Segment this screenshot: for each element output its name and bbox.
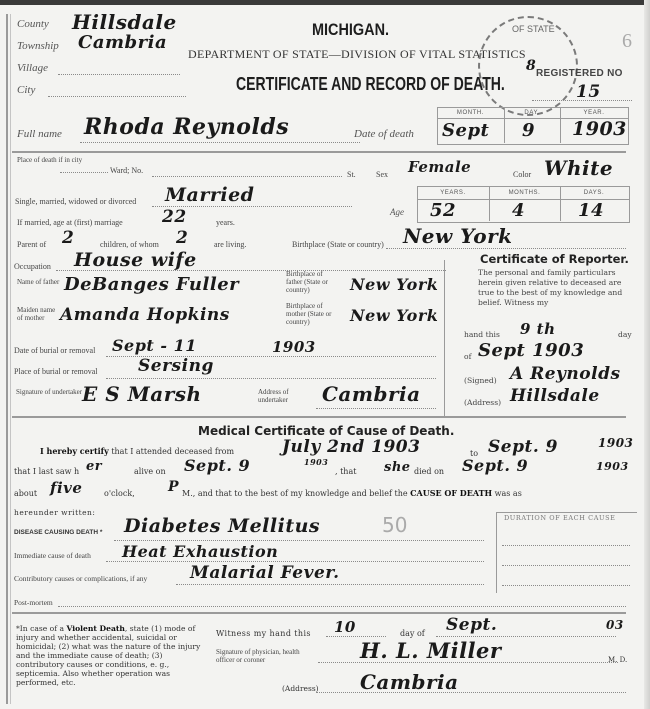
duration-header: DURATION OF EACH CAUSE <box>504 514 616 522</box>
witness-day-value: 10 <box>334 618 356 636</box>
witness-month-value: Sept. <box>446 615 497 635</box>
mother-label: Maiden name of mother <box>17 306 57 322</box>
day-of-label: day of <box>400 629 425 638</box>
township-value: Cambria <box>78 32 167 53</box>
death-month-value: Sept <box>442 120 489 141</box>
immediate-cause-value: Heat Exhaustion <box>122 542 278 561</box>
was-label: was as <box>495 489 522 498</box>
mother-value: Amanda Hopkins <box>60 305 230 325</box>
certify-bold: I hereby certify <box>40 446 109 456</box>
father-label: Name of father <box>17 278 59 286</box>
reporter-day-suffix: day <box>618 330 632 340</box>
undertaker-value: E S Marsh <box>82 382 202 406</box>
mother-birthplace-value: New York <box>350 306 438 325</box>
occupation-value: House wife <box>74 249 197 271</box>
reporter-signature-value: A Reynolds <box>510 364 621 384</box>
marital-label: Single, married, widowed or divorced <box>15 197 136 206</box>
stamp-number: 8 <box>526 58 536 74</box>
death-year-value: 1903 <box>572 118 627 140</box>
years-column-header: YEARS. <box>417 190 489 196</box>
undertaker-address-label: Address of undertaker <box>258 388 310 404</box>
stamp-text: OF STATE <box>512 24 555 34</box>
month-column-header: MONTH. <box>437 110 504 116</box>
left-border-rule <box>6 14 8 704</box>
burial-date-value: Sept - 11 <box>112 336 197 355</box>
section-divider <box>12 612 626 614</box>
father-birthplace-value: New York <box>350 275 438 294</box>
birthplace-label: Birthplace (State or country) <box>292 240 384 249</box>
reporter-hand-this-label: hand this <box>464 330 500 340</box>
marriage-age-suffix: years. <box>216 218 235 227</box>
county-value: Hillsdale <box>72 10 177 34</box>
village-label: Village <box>17 62 48 74</box>
certificate-title: CERTIFICATE AND RECORD OF DEATH. <box>236 74 505 95</box>
marriage-age-label: If married, age at (first) marriage <box>17 218 123 227</box>
street-label: St. <box>347 170 356 179</box>
birthplace-field <box>386 248 626 249</box>
undertaker-signature-label: Signature of undertaker <box>16 388 82 396</box>
city-field <box>48 96 186 97</box>
died-on-value: Sept. 9 <box>462 456 528 475</box>
occupation-label: Occupation <box>14 262 51 271</box>
registered-number: 15 <box>576 82 601 102</box>
burial-date-label: Date of burial or removal <box>14 346 95 355</box>
witness-day-field <box>326 636 386 637</box>
postmortem-field <box>58 606 626 607</box>
street-field <box>152 176 342 177</box>
state-title: MICHIGAN. <box>312 20 389 40</box>
children-living-label: children, of whom <box>100 240 159 249</box>
father-value: DeBanges Fuller <box>64 274 239 295</box>
birthplace-value: New York <box>403 224 512 248</box>
undertaker-address-field <box>316 408 436 409</box>
witness-label: Witness my hand this <box>216 629 311 638</box>
reporter-of-label: of <box>464 352 471 362</box>
date-of-death-label: Date of death <box>354 128 414 140</box>
alive-on-label: alive on <box>134 467 166 476</box>
violent-death-note: *In case of a Violent Death, state (1) m… <box>16 624 204 687</box>
alive-year-value: 1903 <box>304 457 328 467</box>
city-label: City <box>17 84 35 96</box>
about-label: about <box>14 489 37 498</box>
reporter-signed-label: (Signed) <box>464 376 497 386</box>
place-of-death-label: Place of death if in city <box>17 156 82 164</box>
medical-certificate-title: Medical Certificate of Cause of Death. <box>198 424 454 438</box>
mother-birthplace-label: Birthplace of mother (State or country) <box>286 302 338 326</box>
last-saw-suffix: er <box>86 459 102 474</box>
physician-field <box>318 662 618 663</box>
duration-field-2 <box>502 565 630 566</box>
reporter-divider <box>444 260 445 416</box>
sex-label: Sex <box>376 170 388 179</box>
color-label: Color <box>513 170 531 179</box>
note-prefix: *In case of a <box>16 624 66 633</box>
marriage-age-value: 22 <box>162 207 187 227</box>
parent-of-label: Parent of <box>17 240 46 249</box>
full-name-field <box>80 142 360 143</box>
village-field <box>58 74 180 75</box>
contributory-field <box>176 584 484 585</box>
marital-value: Married <box>165 184 254 206</box>
reporter-title: Certificate of Reporter. <box>480 252 629 266</box>
children-living-value: 2 <box>176 228 188 248</box>
that-label: , that <box>335 467 356 476</box>
left-border-rule-inner <box>10 14 11 704</box>
disease-field <box>114 540 484 541</box>
certify-text: that I attended deceased from <box>111 447 234 456</box>
witness-year-value: 03 <box>606 618 624 632</box>
hour-value: five <box>50 479 82 497</box>
attended-to-value: Sept. 9 <box>488 437 558 457</box>
witness-month-field <box>436 636 616 637</box>
disease-label: DISEASE CAUSING DEATH * <box>14 529 102 536</box>
section-divider <box>12 416 626 418</box>
reporter-month-year-value: Sept 1903 <box>478 340 584 361</box>
meridiem-value: P <box>168 479 179 495</box>
age-months-value: 4 <box>512 200 525 221</box>
died-on-label: died on <box>414 467 444 476</box>
burial-place-label: Place of burial or removal <box>14 367 98 376</box>
immediate-cause-field <box>106 561 484 562</box>
oclock-label: o'clock, <box>104 489 135 498</box>
alive-on-value: Sept. 9 <box>184 456 250 475</box>
year-column-header: YEAR. <box>560 110 628 116</box>
day-column-header: DAY. <box>504 110 560 116</box>
contributory-value: Malarial Fever. <box>190 563 340 583</box>
last-saw-text: that I last saw h <box>14 467 79 476</box>
registered-label: REGISTERED NO <box>536 68 623 79</box>
county-label: County <box>17 18 49 30</box>
attended-to-year-value: 1903 <box>598 436 633 450</box>
died-year-value: 1903 <box>596 460 629 473</box>
scan-top-edge <box>0 0 650 5</box>
age-label: Age <box>390 207 404 217</box>
knowledge-text: M., and that to the best of my knowledge… <box>182 489 522 498</box>
last-saw-label: that I last saw h <box>14 467 79 476</box>
township-label: Township <box>17 40 59 52</box>
children-count-value: 2 <box>62 228 74 248</box>
full-name-value: Rhoda Reynolds <box>84 114 289 140</box>
burial-place-value: Sersing <box>138 356 214 376</box>
place-field <box>60 172 108 173</box>
physician-address-field <box>316 692 626 693</box>
section-divider <box>12 151 626 153</box>
ward-label: Ward; No. <box>110 166 143 175</box>
duration-box <box>496 512 637 593</box>
are-living-label: are living. <box>214 240 246 249</box>
occupation-field <box>56 270 446 271</box>
burial-year-value: 1903 <box>272 338 316 356</box>
physician-address-label: (Address) <box>282 684 319 693</box>
note-bold: Violent Death <box>66 624 124 633</box>
father-birthplace-label: Birthplace of father (State or country) <box>286 270 338 294</box>
disease-value: Diabetes Mellitus <box>124 515 320 537</box>
pronoun-value: she <box>384 460 411 475</box>
immediate-cause-label: Immediate cause of death <box>14 551 91 560</box>
months-column-header: MONTHS. <box>489 190 560 196</box>
age-years-value: 52 <box>430 200 456 221</box>
duration-field-3 <box>502 585 630 586</box>
duration-field-1 <box>502 545 630 546</box>
hereunder-label: hereunder written: <box>14 508 95 517</box>
certify-line-1: I hereby certify that I attended decease… <box>40 447 234 456</box>
note-text: , state (1) mode of injury and whether a… <box>16 624 200 687</box>
color-value: White <box>544 156 613 180</box>
reporter-statement: The personal and family particulars here… <box>478 268 638 308</box>
postmortem-label: Post-mortem <box>14 598 53 607</box>
page-number: 6 <box>622 30 632 53</box>
burial-place-field <box>106 378 436 379</box>
knowledge-label: M., and that to the best of my knowledge… <box>182 489 408 498</box>
physician-address-value: Cambria <box>360 670 459 694</box>
attended-from-value: July 2nd 1903 <box>282 437 420 457</box>
physician-label: Signature of physician, health officer o… <box>216 648 316 664</box>
scan-right-edge <box>644 0 650 709</box>
full-name-label: Full name <box>17 128 62 140</box>
undertaker-address-value: Cambria <box>322 382 421 406</box>
physician-signature-value: H. L. Miller <box>360 638 501 663</box>
days-column-header: DAYS. <box>560 190 628 196</box>
age-days-value: 14 <box>578 200 604 221</box>
death-day-value: 9 <box>522 120 535 141</box>
disease-code-value: 50 <box>382 513 407 537</box>
sex-value: Female <box>408 158 471 176</box>
reporter-address-value: Hillsdale <box>510 386 600 406</box>
md-label: M. D. <box>608 656 627 665</box>
cause-of-death-bold: CAUSE OF DEATH <box>410 488 492 498</box>
reporter-day-value: 9 th <box>520 320 556 338</box>
department-title: DEPARTMENT OF STATE—DIVISION OF VITAL ST… <box>188 47 526 62</box>
reporter-address-label: (Address) <box>464 398 501 408</box>
registered-field <box>532 100 632 101</box>
contributory-label: Contributory causes or complications, if… <box>14 574 147 583</box>
